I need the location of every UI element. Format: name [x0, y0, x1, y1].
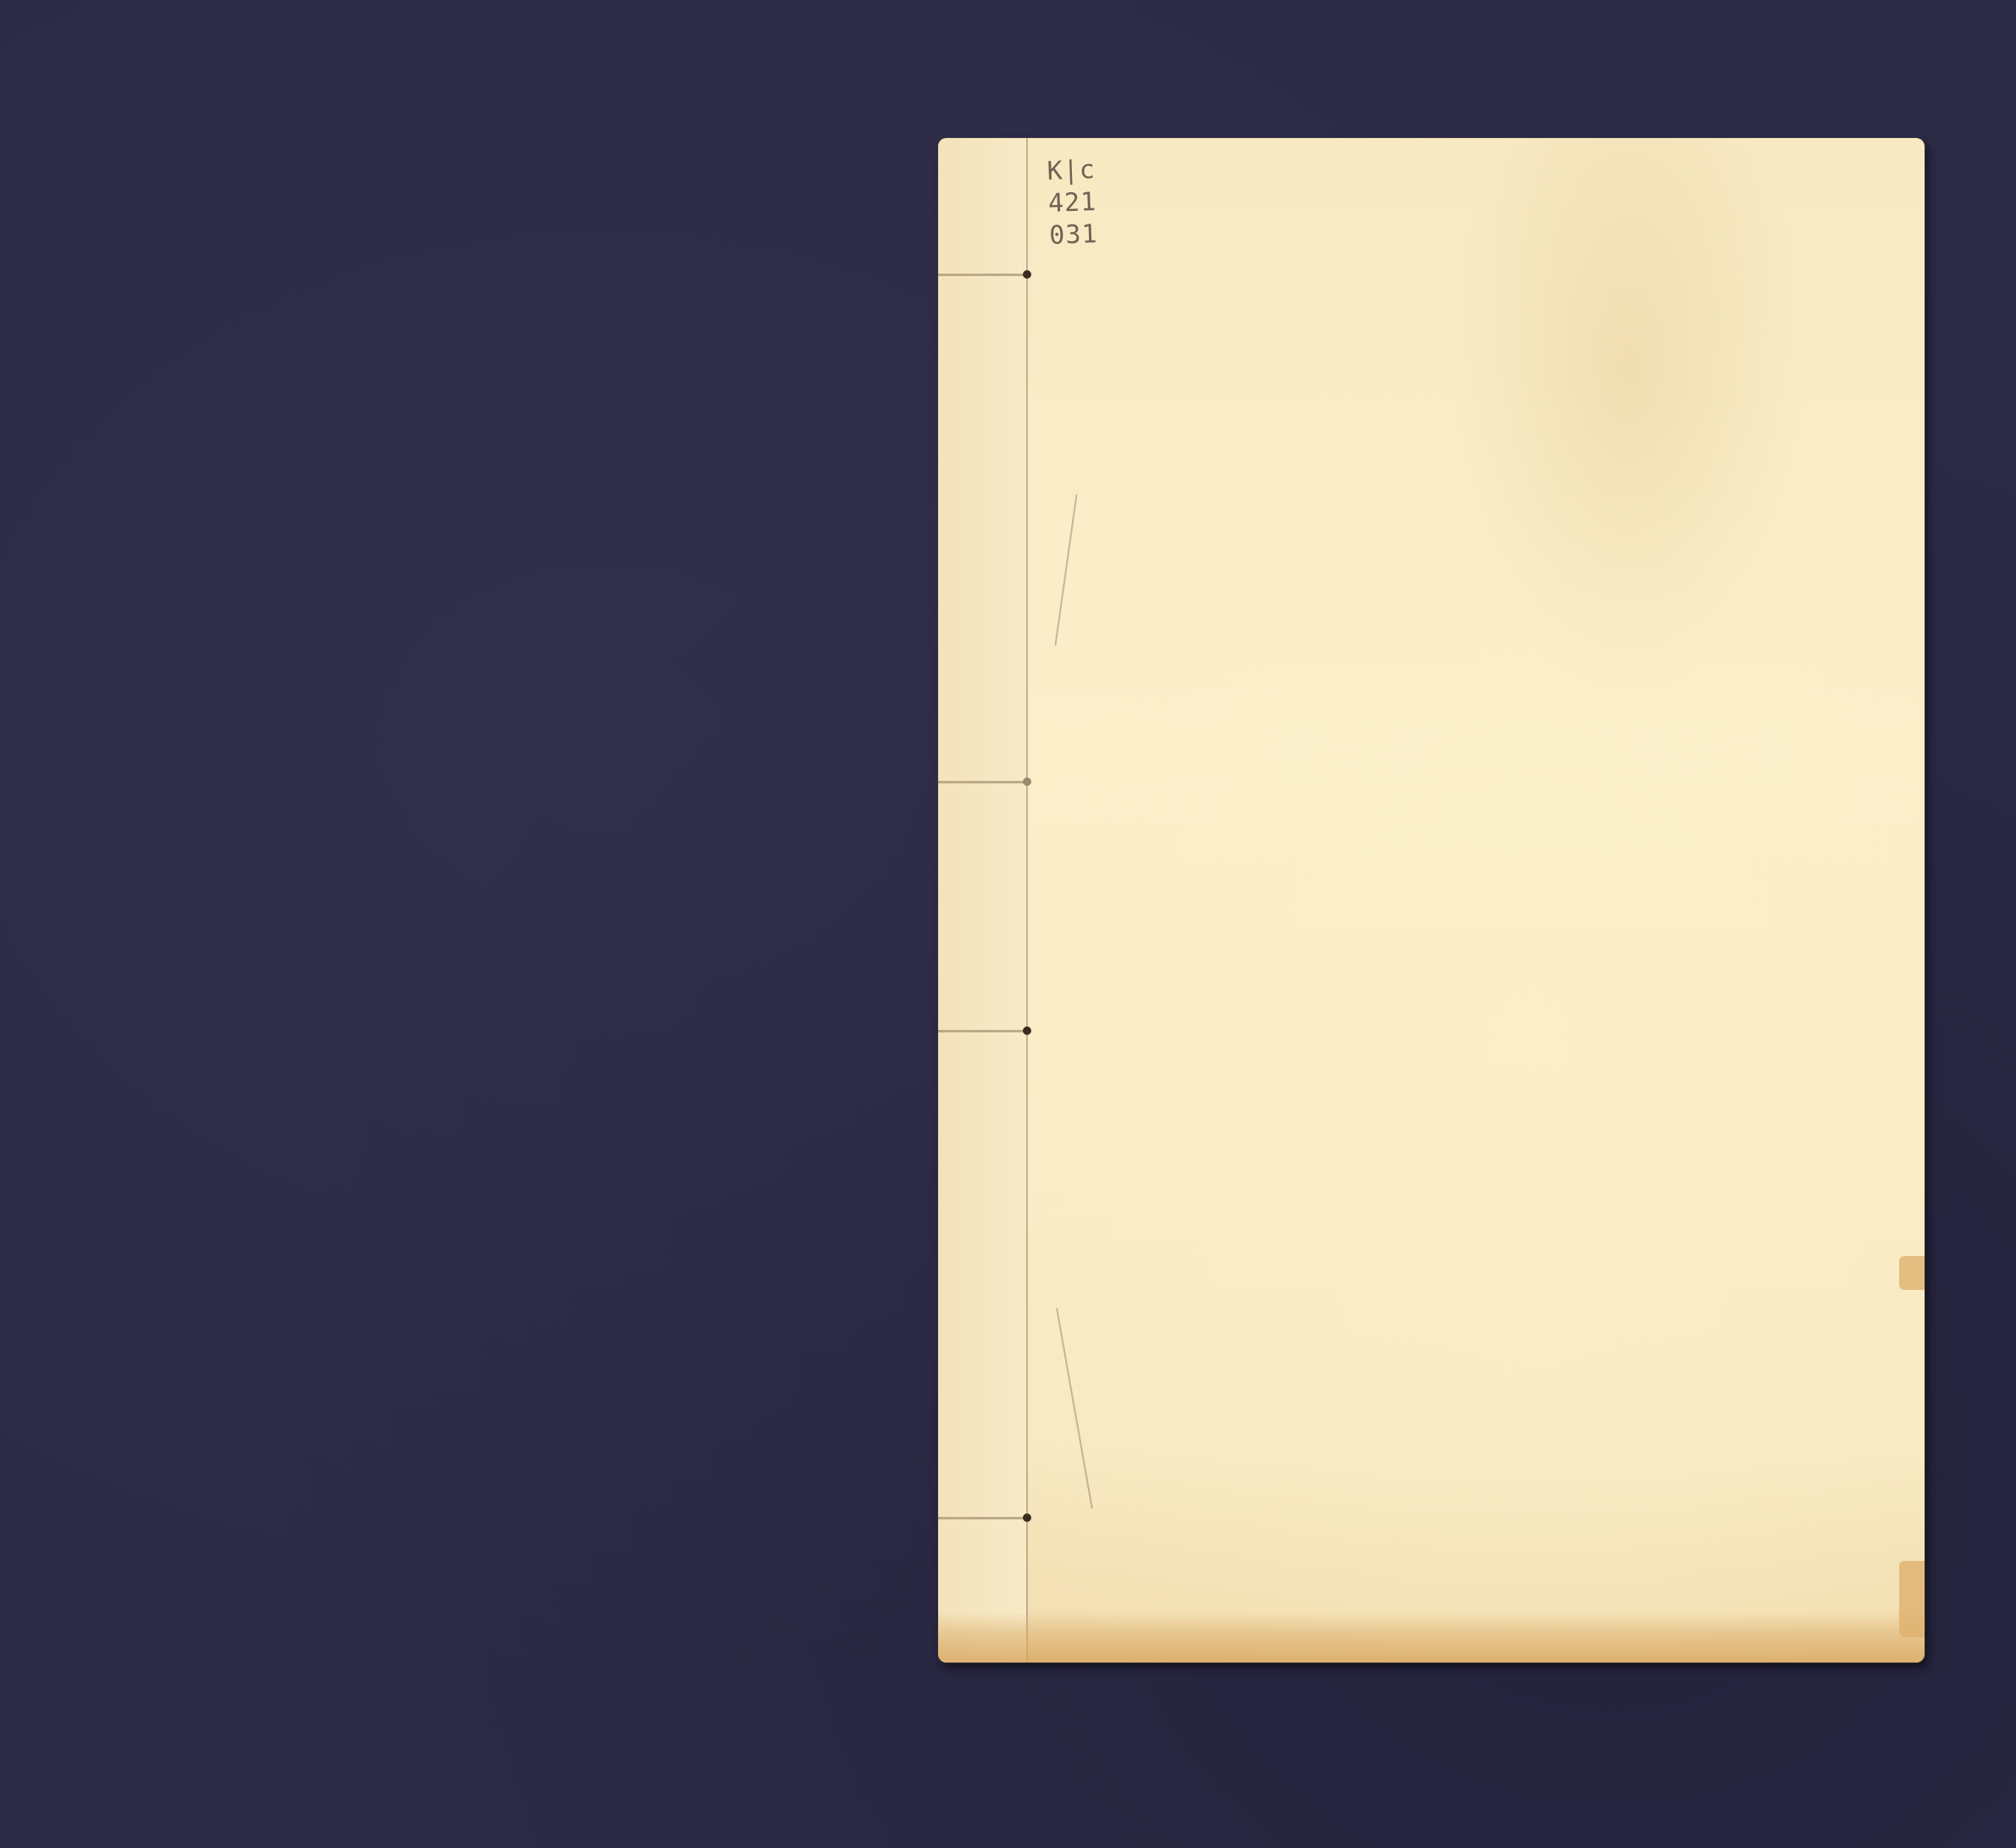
stitch-hole [1023, 270, 1031, 279]
spine-strip [938, 138, 1026, 1663]
call-number-line-3: 031 [1049, 219, 1098, 252]
edge-stain [1899, 1256, 1925, 1290]
binding-stitch [938, 1517, 1030, 1519]
handwritten-call-number: K|c 421 031 [1047, 154, 1098, 252]
stitch-hole [1023, 777, 1031, 786]
bottom-water-stain [938, 1612, 1925, 1663]
crease-mark [1054, 495, 1077, 646]
stitch-hole [1023, 1513, 1031, 1522]
crease-mark [1056, 1309, 1093, 1509]
binding-stitch [938, 1030, 1030, 1032]
stitch-hole [1023, 1026, 1031, 1035]
call-number-line-1: K|c [1047, 154, 1096, 188]
book-cover: K|c 421 031 [938, 138, 1925, 1663]
call-number-line-2: 421 [1047, 186, 1096, 220]
binding-stitch [938, 274, 1030, 276]
spine-binding-line [1026, 138, 1028, 1663]
binding-stitch [938, 781, 1030, 783]
